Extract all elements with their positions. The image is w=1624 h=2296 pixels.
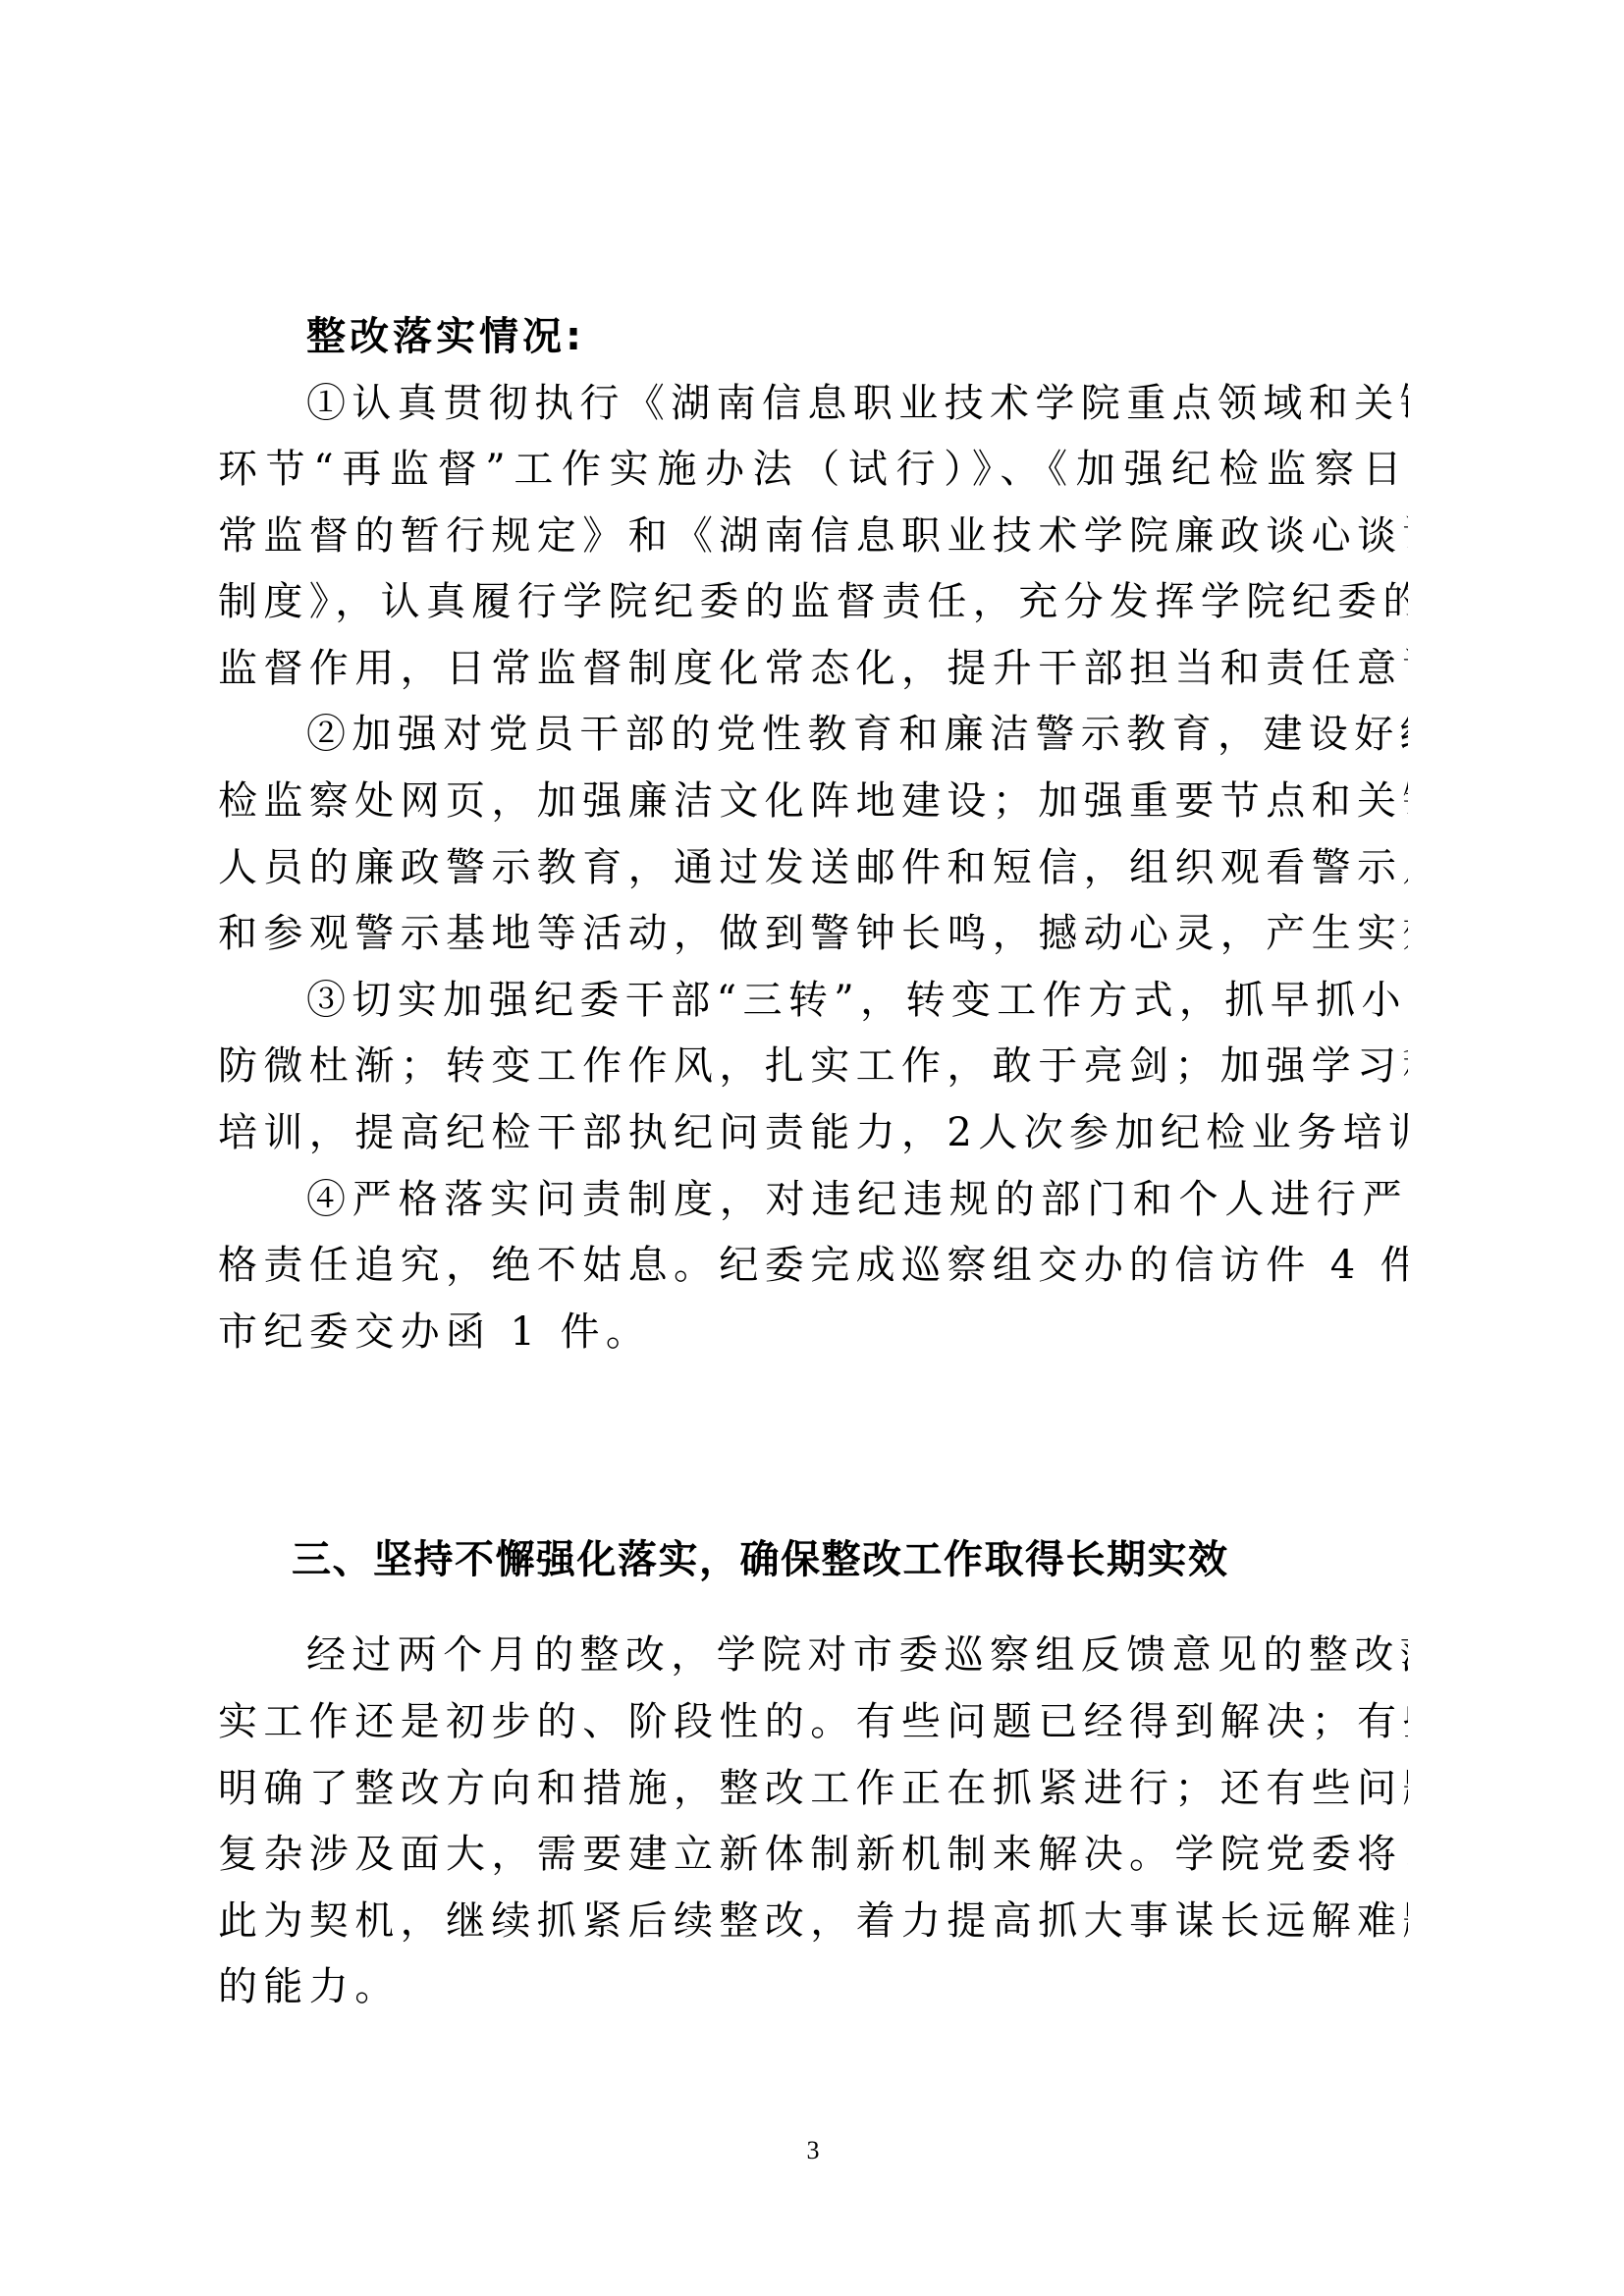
text-line: ①认真贯彻执行《湖南信息职业技术学院重点领域和关键 (218, 371, 1408, 438)
text-line: 此为契机，继续抓紧后续整改，着力提高抓大事谋长远解难题 (218, 1889, 1408, 1955)
spacer (218, 1593, 1408, 1623)
section-heading-3: 三、坚持不懈强化落实，确保整改工作取得长期实效 (218, 1527, 1408, 1593)
text-line: 环节“再监督”工作实施办法（试行）》、《加强纪检监察日 (218, 437, 1408, 504)
text-line: ③切实加强纪委干部“三转”，转变工作方式，抓早抓小， (218, 968, 1408, 1035)
rectification-item-4: ④严格落实问责制度，对违纪违规的部门和个人进行严 格责任追究，绝不姑息。纪委完成… (218, 1167, 1408, 1366)
rectification-item-3: ③切实加强纪委干部“三转”，转变工作方式，抓早抓小， 防微杜渐；转变工作作风，扎… (218, 968, 1408, 1167)
text-line: 实工作还是初步的、阶段性的。有些问题已经得到解决；有些 (218, 1689, 1408, 1756)
text-line: 人员的廉政警示教育，通过发送邮件和短信，组织观看警示片 (218, 835, 1408, 902)
text-line: 明确了整改方向和措施，整改工作正在抓紧进行；还有些问题 (218, 1756, 1408, 1823)
text-line: 培训，提高纪检干部执纪问责能力，2人次参加纪检业务培训。 (218, 1100, 1408, 1167)
text-line: ④严格落实问责制度，对违纪违规的部门和个人进行严 (218, 1167, 1408, 1234)
page-number: 3 (801, 2136, 825, 2165)
text-line: 复杂涉及面大，需要建立新体制新机制来解决。学院党委将以 (218, 1822, 1408, 1889)
text-line: 常监督的暂行规定》和《湖南信息职业技术学院廉政谈心谈话 (218, 504, 1408, 570)
document-body: 整改落实情况: ①认真贯彻执行《湖南信息职业技术学院重点领域和关键 环节“再监督… (218, 304, 1408, 2021)
text-line: 检监察处网页，加强廉洁文化阵地建设；加强重要节点和关键 (218, 769, 1408, 835)
spacer (218, 1365, 1408, 1527)
text-line: 制度》，认真履行学院纪委的监督责任，充分发挥学院纪委的 (218, 569, 1408, 636)
text-line: 防微杜渐；转变工作作风，扎实工作，敢于亮剑；加强学习和 (218, 1034, 1408, 1100)
text-line: ②加强对党员干部的党性教育和廉洁警示教育，建设好纪 (218, 702, 1408, 769)
text-line: 监督作用，日常监督制度化常态化，提升干部担当和责任意识。 (218, 636, 1408, 703)
closing-paragraph: 经过两个月的整改，学院对市委巡察组反馈意见的整改落 实工作还是初步的、阶段性的。… (218, 1623, 1408, 2021)
text-line: 市纪委交办函 1 件。 (218, 1300, 1408, 1366)
text-line: 经过两个月的整改，学院对市委巡察组反馈意见的整改落 (218, 1623, 1408, 1689)
text-line: 和参观警示基地等活动，做到警钟长鸣，撼动心灵，产生实效。 (218, 901, 1408, 968)
subheading-rectification-status: 整改落实情况: (218, 304, 1408, 371)
text-line: 格责任追究，绝不姑息。纪委完成巡察组交办的信访件 4 件， (218, 1233, 1408, 1300)
rectification-item-1: ①认真贯彻执行《湖南信息职业技术学院重点领域和关键 环节“再监督”工作实施办法（… (218, 371, 1408, 703)
text-line: 的能力。 (218, 1954, 1408, 2021)
rectification-item-2: ②加强对党员干部的党性教育和廉洁警示教育，建设好纪 检监察处网页，加强廉洁文化阵… (218, 702, 1408, 967)
document-page: 整改落实情况: ①认真贯彻执行《湖南信息职业技术学院重点领域和关键 环节“再监督… (0, 0, 1624, 2296)
